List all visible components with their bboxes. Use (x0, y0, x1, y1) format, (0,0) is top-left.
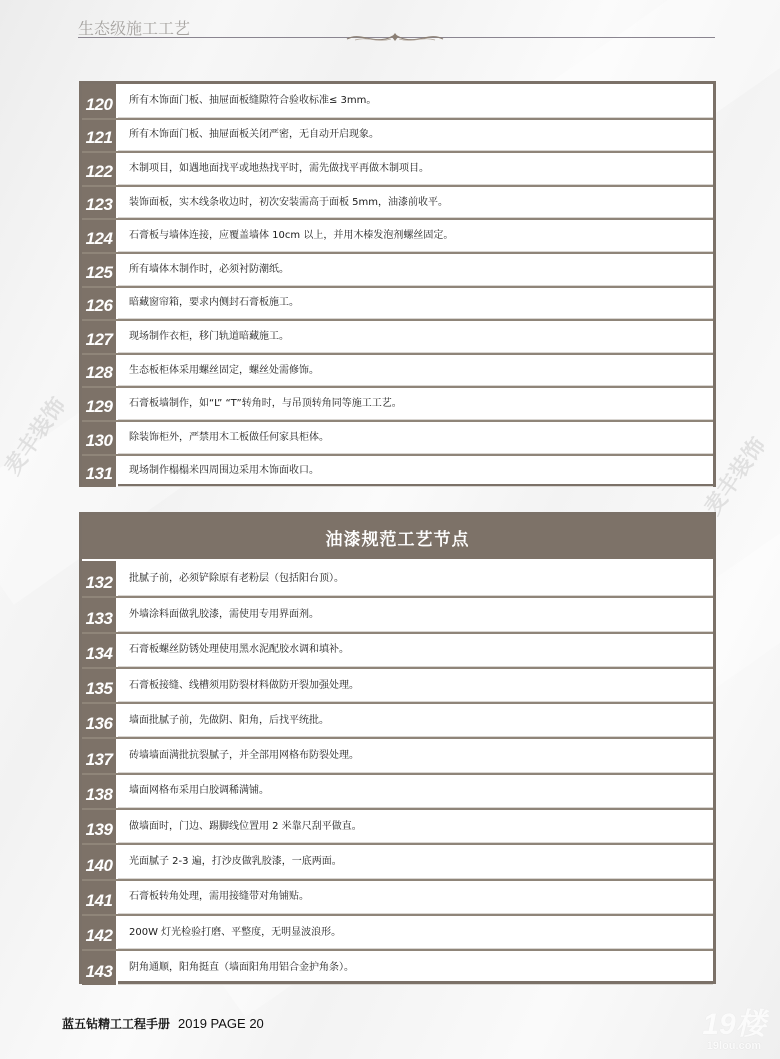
item-number: 134 (82, 634, 118, 667)
table-row: 138墙面网格布采用白胶调稀满铺。 (82, 773, 713, 808)
table-row: 132批腻子前，必须铲除原有老粉层（包括阳台顶）。 (82, 561, 713, 596)
item-text: 石膏板与墙体连接，应覆盖墙体 10cm 以上，并用木榛发泡剂螺丝固定。 (118, 220, 713, 252)
item-number: 120 (82, 84, 118, 118)
item-text: 现场制作榻榻米四周围边采用木饰面收口。 (118, 456, 713, 488)
table-row: 121所有木饰面门板、抽屉面板关闭严密，无自动开启现象。 (82, 118, 713, 152)
site-logo-text: 19楼 (694, 1010, 774, 1040)
item-number: 128 (82, 355, 118, 387)
item-text: 现场制作衣柜，移门轨道暗藏施工。 (118, 321, 713, 353)
page-footer: 蓝五钻精工工程手册2019 PAGE 20 (62, 1015, 264, 1032)
item-number: 140 (82, 845, 118, 878)
manual-title: 蓝五钻精工工程手册 (62, 1017, 170, 1031)
table-row: 133外墙涂料面做乳胶漆，需使用专用界面剂。 (82, 596, 713, 631)
table-row: 139做墙面时，门边、踢脚线位置用 2 米靠尺刮平做直。 (82, 808, 713, 843)
site-url-text: 19lou.com (694, 1040, 774, 1052)
table-row: 120所有木饰面门板、抽屉面板缝隙符合验收标准≤ 3mm。 (82, 84, 713, 118)
item-text: 墙面批腻子前，先做阴、阳角，后找平统批。 (118, 704, 713, 737)
item-text: 阴角通顺，阳角挺直（墙面阳角用铝合金护角条）。 (118, 951, 713, 984)
item-text: 石膏板螺丝防锈处理使用黑水泥配胶水调和填补。 (118, 634, 713, 667)
table-row: 123装饰面板，实木线条收边时，初次安装需高于面板 5mm，油漆前收平。 (82, 185, 713, 219)
table-row: 141石膏板转角处理，需用接缝带对角铺贴。 (82, 879, 713, 914)
item-number: 121 (82, 120, 118, 152)
construction-spec-table: 120所有木饰面门板、抽屉面板缝隙符合验收标准≤ 3mm。 121所有木饰面门板… (79, 81, 716, 487)
item-number: 139 (82, 810, 118, 843)
painting-spec-table: 油漆规范工艺节点 132批腻子前，必须铲除原有老粉层（包括阳台顶）。 133外墙… (79, 512, 716, 984)
item-number: 123 (82, 187, 118, 219)
table-row: 130除装饰柜外，严禁用木工板做任何家具柜体。 (82, 420, 713, 454)
brand-watermark: 麦丰装饰 (0, 391, 72, 481)
item-number: 124 (82, 220, 118, 252)
section-header-title: 生态级施工工艺 (78, 16, 190, 39)
item-text: 墙面网格布采用白胶调稀满铺。 (118, 775, 713, 808)
item-number: 129 (82, 388, 118, 420)
section-title-band: 油漆规范工艺节点 (82, 515, 713, 561)
item-text: 暗藏窗帘箱，要求内侧封石膏板施工。 (118, 288, 713, 320)
item-text: 外墙涂料面做乳胶漆，需使用专用界面剂。 (118, 598, 713, 631)
item-text: 生态板柜体采用螺丝固定，螺丝处需修饰。 (118, 355, 713, 387)
item-text: 批腻子前，必须铲除原有老粉层（包括阳台顶）。 (118, 561, 713, 596)
item-number: 132 (82, 561, 118, 596)
table-row: 124石膏板与墙体连接，应覆盖墙体 10cm 以上，并用木榛发泡剂螺丝固定。 (82, 218, 713, 252)
item-number: 130 (82, 422, 118, 454)
item-text: 所有墙体木制作时，必须衬防潮纸。 (118, 254, 713, 286)
item-number: 142 (82, 916, 118, 949)
item-text: 所有木饰面门板、抽屉面板缝隙符合验收标准≤ 3mm。 (118, 84, 713, 118)
decorative-flourish-icon (345, 30, 445, 46)
item-number: 136 (82, 704, 118, 737)
table-row: 122木制项目，如遇地面找平或地热找平时，需先做找平再做木制项目。 (82, 151, 713, 185)
item-number: 141 (82, 881, 118, 914)
page-number: 2019 PAGE 20 (178, 1016, 264, 1031)
item-text: 石膏板转角处理，需用接缝带对角铺贴。 (118, 881, 713, 914)
table-row: 140光面腻子 2-3 遍，打沙皮做乳胶漆，一底两面。 (82, 843, 713, 878)
table-row: 136墙面批腻子前，先做阴、阳角，后找平统批。 (82, 702, 713, 737)
table-row: 134石膏板螺丝防锈处理使用黑水泥配胶水调和填补。 (82, 632, 713, 667)
item-number: 127 (82, 321, 118, 353)
table-row: 137砖墙墙面满批抗裂腻子，并全部用网格布防裂处理。 (82, 737, 713, 772)
item-number: 133 (82, 598, 118, 631)
site-logo-watermark: 19楼 19lou.com (694, 1010, 774, 1058)
item-number: 131 (82, 456, 118, 488)
item-text: 所有木饰面门板、抽屉面板关闭严密，无自动开启现象。 (118, 120, 713, 152)
item-text: 砖墙墙面满批抗裂腻子，并全部用网格布防裂处理。 (118, 739, 713, 772)
table-row: 129石膏板墙制作，如“L” “T”转角时，与吊顶转角同等施工工艺。 (82, 386, 713, 420)
item-text: 做墙面时，门边、踢脚线位置用 2 米靠尺刮平做直。 (118, 810, 713, 843)
item-text: 除装饰柜外，严禁用木工板做任何家具柜体。 (118, 422, 713, 454)
table-row: 142200W 灯光检验打磨、平整度，无明显波浪形。 (82, 914, 713, 949)
item-number: 135 (82, 669, 118, 702)
item-number: 138 (82, 775, 118, 808)
item-number: 137 (82, 739, 118, 772)
item-number: 125 (82, 254, 118, 286)
table-row: 131现场制作榻榻米四周围边采用木饰面收口。 (82, 454, 713, 488)
item-number: 122 (82, 153, 118, 185)
item-text: 木制项目，如遇地面找平或地热找平时，需先做找平再做木制项目。 (118, 153, 713, 185)
item-text: 石膏板接缝、线槽须用防裂材料做防开裂加强处理。 (118, 669, 713, 702)
table-row: 143阴角通顺，阳角挺直（墙面阳角用铝合金护角条）。 (82, 949, 713, 984)
item-text: 200W 灯光检验打磨、平整度，无明显波浪形。 (118, 916, 713, 949)
item-number: 126 (82, 288, 118, 320)
item-text: 光面腻子 2-3 遍，打沙皮做乳胶漆，一底两面。 (118, 845, 713, 878)
table-row: 128生态板柜体采用螺丝固定，螺丝处需修饰。 (82, 353, 713, 387)
table-row: 135石膏板接缝、线槽须用防裂材料做防开裂加强处理。 (82, 667, 713, 702)
table-row: 126暗藏窗帘箱，要求内侧封石膏板施工。 (82, 286, 713, 320)
table-row: 125所有墙体木制作时，必须衬防潮纸。 (82, 252, 713, 286)
item-number: 143 (82, 951, 118, 984)
table-row: 127现场制作衣柜，移门轨道暗藏施工。 (82, 319, 713, 353)
item-text: 装饰面板，实木线条收边时，初次安装需高于面板 5mm，油漆前收平。 (118, 187, 713, 219)
item-text: 石膏板墙制作，如“L” “T”转角时，与吊顶转角同等施工工艺。 (118, 388, 713, 420)
